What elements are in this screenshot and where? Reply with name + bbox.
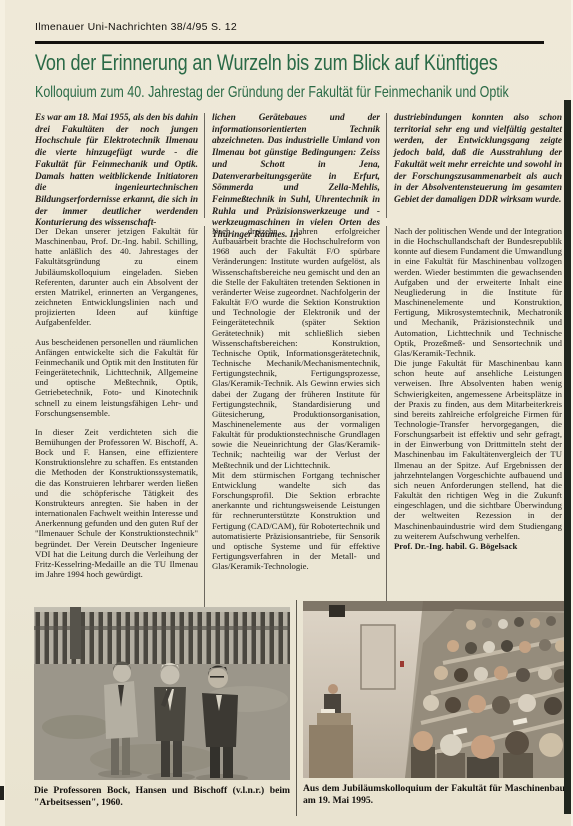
scan-edge-left — [0, 0, 5, 826]
scan-edge-mark — [0, 786, 4, 800]
intro-column-2: lichen Gerätebaues und der informationso… — [204, 113, 380, 218]
caption-left: Die Professoren Bock, Hansen und Bischof… — [34, 785, 290, 808]
intro-column-3: dustriebindungen konnten also schon terr… — [386, 113, 562, 218]
paragraph: Mit dem stürmischen Fortgang technischer… — [212, 470, 380, 572]
paragraph: Der Dekan unserer jetzigen Fakultät für … — [35, 226, 198, 328]
scan-edge-dark-strip — [564, 100, 571, 814]
body-column-1: Der Dekan unserer jetzigen Fakultät für … — [35, 226, 198, 610]
intro-section: Es war am 18. Mai 1955, als den bis dahi… — [35, 113, 562, 218]
article-title: Von der Erinnerung an Wurzeln bis zum Bl… — [35, 50, 498, 76]
photo-arbeitsessen-1960: Die Professoren Bock, Hansen und Bischof… — [34, 607, 290, 808]
tree-trunk — [70, 607, 81, 659]
paragraph: Aus bescheidenen personellen und räumlic… — [35, 337, 198, 418]
speaker-box — [329, 605, 345, 617]
intro-column-1: Es war am 18. Mai 1955, als den bis dahi… — [35, 113, 198, 218]
body-column-3: Nach der politischen Wende und der Integ… — [386, 226, 562, 610]
caption-right: Aus dem Jubiläumskolloquium der Fakultät… — [303, 783, 565, 806]
paragraph: Nach dreizehn Jahren erfolgreicher Aufba… — [212, 226, 380, 470]
hall-door — [361, 625, 395, 689]
body-section: Der Dekan unserer jetzigen Fakultät für … — [35, 226, 562, 610]
paragraph: Nach der politischen Wende und der Integ… — [394, 226, 562, 358]
article-subtitle: Kolloquium zum 40. Jahrestag der Gründun… — [35, 83, 509, 103]
photo-arbeitsessen-image — [34, 607, 290, 780]
author-byline: Prof. Dr.-Ing. habil. G. Bögelsack — [394, 541, 562, 551]
photo-kolloquium-image — [303, 601, 565, 778]
body-column-2: Nach dreizehn Jahren erfolgreicher Aufba… — [204, 226, 380, 610]
masthead: Ilmenauer Uni-Nachrichten 38/4/95 S. 12 — [35, 21, 237, 33]
header-rule — [35, 41, 544, 44]
newsletter-page: Ilmenauer Uni-Nachrichten 38/4/95 S. 12 … — [0, 0, 573, 826]
paragraph: Die junge Fakultät für Maschinenbau kann… — [394, 358, 562, 541]
photo-kolloquium-1995: Aus dem Jubiläumskolloquium der Fakultät… — [303, 601, 565, 806]
photo-column-divider — [296, 600, 297, 816]
paragraph: In dieser Zeit verdichteten sich die Bem… — [35, 427, 198, 579]
